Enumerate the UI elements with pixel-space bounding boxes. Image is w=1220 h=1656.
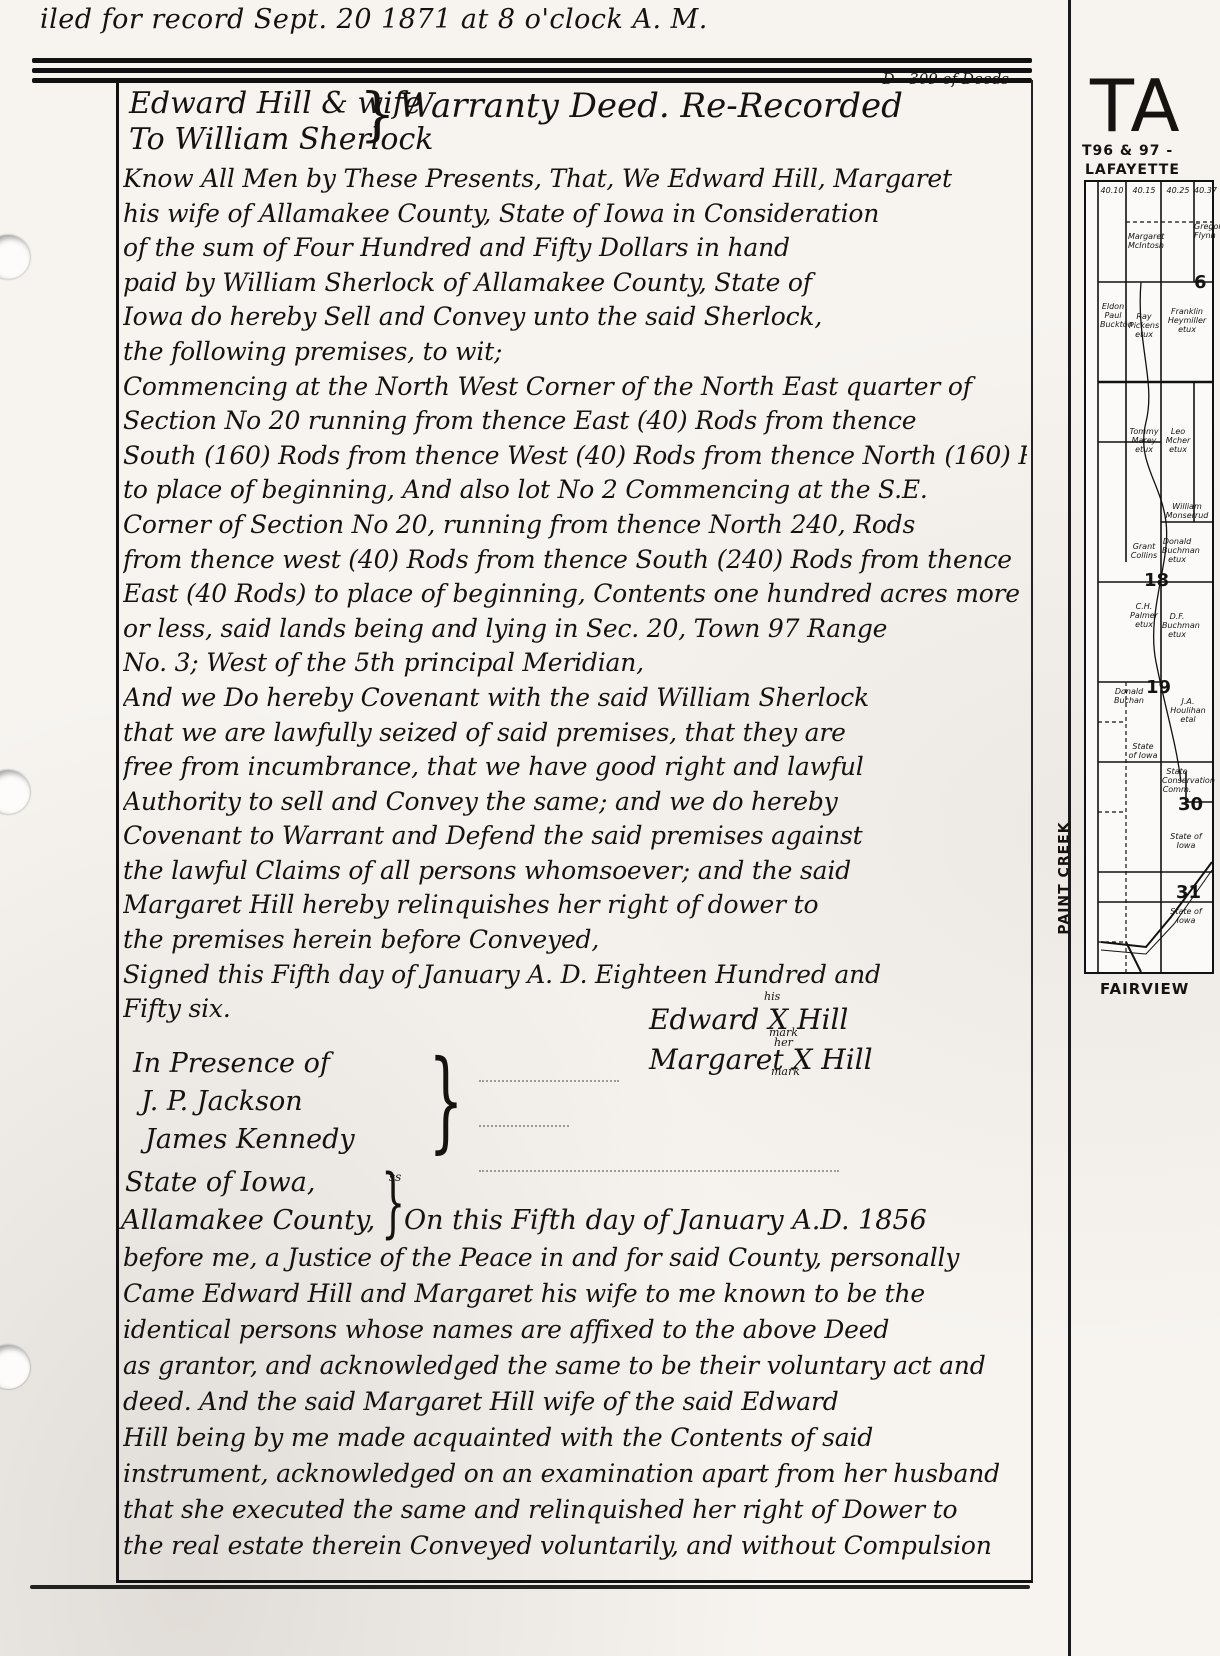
body-line: Authority to sell and Convey the same; a… (123, 785, 1027, 820)
owner-label: State of Iowa (1166, 832, 1206, 850)
ack-line: that she executed the same and relinquis… (123, 1492, 1027, 1528)
deed-body: Know All Men by These Presents, That, We… (123, 162, 1027, 1027)
owner-label: D.F. Buchman etux (1162, 612, 1192, 639)
ack-line: before me, a Justice of the Peace in and… (123, 1240, 1027, 1276)
scanned-deed-page: iled for record Sept. 20 1871 at 8 o'clo… (0, 0, 1220, 1656)
body-line: of the sum of Four Hundred and Fifty Dol… (123, 231, 1027, 266)
body-line: from thence west (40) Rods from thence S… (123, 543, 1027, 578)
owner-label: Donald Buchman etux (1162, 537, 1192, 564)
body-line: Corner of Section No 20, running from th… (123, 508, 1027, 543)
map-township-range: T96 & 97 - (1082, 143, 1173, 159)
body-line: paid by William Sherlock of Allamakee Co… (123, 266, 1027, 301)
map-north-township: LAFAYETTE (1085, 162, 1180, 178)
map-west-township: PAINT CREEK (1057, 821, 1073, 934)
owner-label: State Conservation Comm. (1162, 767, 1192, 794)
body-line: Covenant to Warrant and Defend the said … (123, 819, 1027, 854)
body-line: Fifty six. (123, 992, 1027, 1027)
body-line: the following premises, to wit; (123, 335, 1027, 370)
ack-line: the real estate therein Conveyed volunta… (123, 1528, 1027, 1564)
signature-line (479, 1170, 839, 1172)
body-line: Commencing at the North West Corner of t… (123, 370, 1027, 405)
owner-label: C.H. Palmer etux (1128, 602, 1160, 629)
owner-label: Gregory Flynn (1194, 222, 1212, 240)
witness-heading: In Presence of (133, 1046, 330, 1082)
mark-label: mark (771, 1065, 800, 1078)
section-number: 31 (1176, 882, 1201, 903)
brace: } (359, 82, 396, 146)
ack-line: as grantor, and acknowledged the same to… (123, 1348, 1027, 1384)
venue-state: State of Iowa, (125, 1165, 315, 1201)
binder-hole (0, 770, 30, 814)
ack-line: Came Edward Hill and Margaret his wife t… (123, 1276, 1027, 1312)
deed-record-box: Edward Hill & wife To William Sherlock }… (116, 80, 1033, 1583)
section-number: 6 (1194, 272, 1207, 293)
body-line: the premises herein before Conveyed, (123, 923, 1027, 958)
body-line: Section No 20 running from thence East (… (123, 404, 1027, 439)
body-line: Iowa do hereby Sell and Convey unto the … (123, 300, 1027, 335)
body-line: Margaret Hill hereby relinquishes her ri… (123, 888, 1027, 923)
section-number: 19 (1146, 677, 1171, 698)
section-number: 30 (1178, 794, 1203, 815)
witness-brace: } (429, 1040, 464, 1160)
signature-margaret: Margaret X Hill (649, 1040, 873, 1080)
page-bottom-rule (30, 1585, 1030, 1589)
signature-block: Edward X Hill Margaret X Hill (649, 1000, 873, 1080)
plat-map-strip: TA T96 & 97 - LAFAYETTE (1060, 40, 1220, 970)
body-line: No. 3; West of the 5th principal Meridia… (123, 646, 1027, 681)
acreage-label: 40.37 (1194, 186, 1212, 195)
owner-label: William Monserrud (1162, 502, 1212, 520)
ack-first-line: On this Fifth day of January A.D. 1856 (404, 1203, 927, 1239)
signature-line (479, 1125, 569, 1127)
acreage-label: 40.10 (1100, 186, 1124, 195)
body-line: South (160) Rods from thence West (40) R… (123, 439, 1027, 474)
acreage-label: 40.25 (1164, 186, 1192, 195)
ack-line: identical persons whose names are affixe… (123, 1312, 1027, 1348)
book-reference: D - 309 of Deeds (883, 70, 1009, 88)
body-line: his wife of Allamakee County, State of I… (123, 197, 1027, 232)
signature-line (479, 1080, 619, 1082)
signature-edward: Edward X Hill (649, 1000, 873, 1040)
body-line: that we are lawfully seized of said prem… (123, 716, 1027, 751)
his-label: his (764, 990, 780, 1003)
recording-note: iled for record Sept. 20 1871 at 8 o'clo… (40, 4, 708, 35)
owner-label: Margaret McIntosh (1128, 232, 1160, 250)
witness-name: James Kennedy (145, 1122, 355, 1158)
plat-grid: 40.10 40.15 40.25 40.37 Margaret McIntos… (1084, 180, 1214, 974)
her-label: her (774, 1036, 793, 1049)
ss-mark: ss (389, 1170, 401, 1184)
deed-title: Warranty Deed. Re-Recorded (399, 86, 903, 126)
binder-hole (0, 1345, 30, 1389)
owner-label: Ray Pickens etux (1128, 312, 1160, 339)
acreage-label: 40.15 (1130, 186, 1158, 195)
ack-line: deed. And the said Margaret Hill wife of… (123, 1384, 1027, 1420)
header-rule (32, 58, 1032, 63)
body-line: the lawful Claims of all persons whomsoe… (123, 854, 1027, 889)
body-line: or less, said lands being and lying in S… (123, 612, 1027, 647)
acknowledgment-body: before me, a Justice of the Peace in and… (123, 1240, 1027, 1564)
map-heading: TA (1090, 70, 1182, 142)
section-number: 18 (1144, 570, 1169, 591)
ack-line: instrument, acknowledged on an examinati… (123, 1456, 1027, 1492)
map-south-township: FAIRVIEW (1100, 980, 1189, 998)
owner-label: Grant Collins (1128, 542, 1160, 560)
owner-label: Leo Mcher etux (1164, 427, 1192, 454)
owner-label: Tommy Marey etux (1128, 427, 1160, 454)
owner-label: Eldon Paul Buckton (1100, 302, 1126, 329)
owner-label: J.A. Houlihan etal (1166, 697, 1210, 724)
ack-line: Hill being by me made acquainted with th… (123, 1420, 1027, 1456)
body-line: free from incumbrance, that we have good… (123, 750, 1027, 785)
owner-label: State of Iowa (1166, 907, 1206, 925)
owner-label: Franklin Heymiller etux (1162, 307, 1212, 334)
body-line: Know All Men by These Presents, That, We… (123, 162, 1027, 197)
body-line: to place of beginning, And also lot No 2… (123, 473, 1027, 508)
owner-label: State of Iowa (1128, 742, 1158, 760)
body-line: Signed this Fifth day of January A. D. E… (123, 958, 1027, 993)
body-line: And we Do hereby Covenant with the said … (123, 681, 1027, 716)
venue-county: Allamakee County, (121, 1203, 375, 1239)
body-line: East (40 Rods) to place of beginning, Co… (123, 577, 1027, 612)
witness-name: J. P. Jackson (141, 1084, 303, 1120)
binder-hole (0, 235, 30, 279)
